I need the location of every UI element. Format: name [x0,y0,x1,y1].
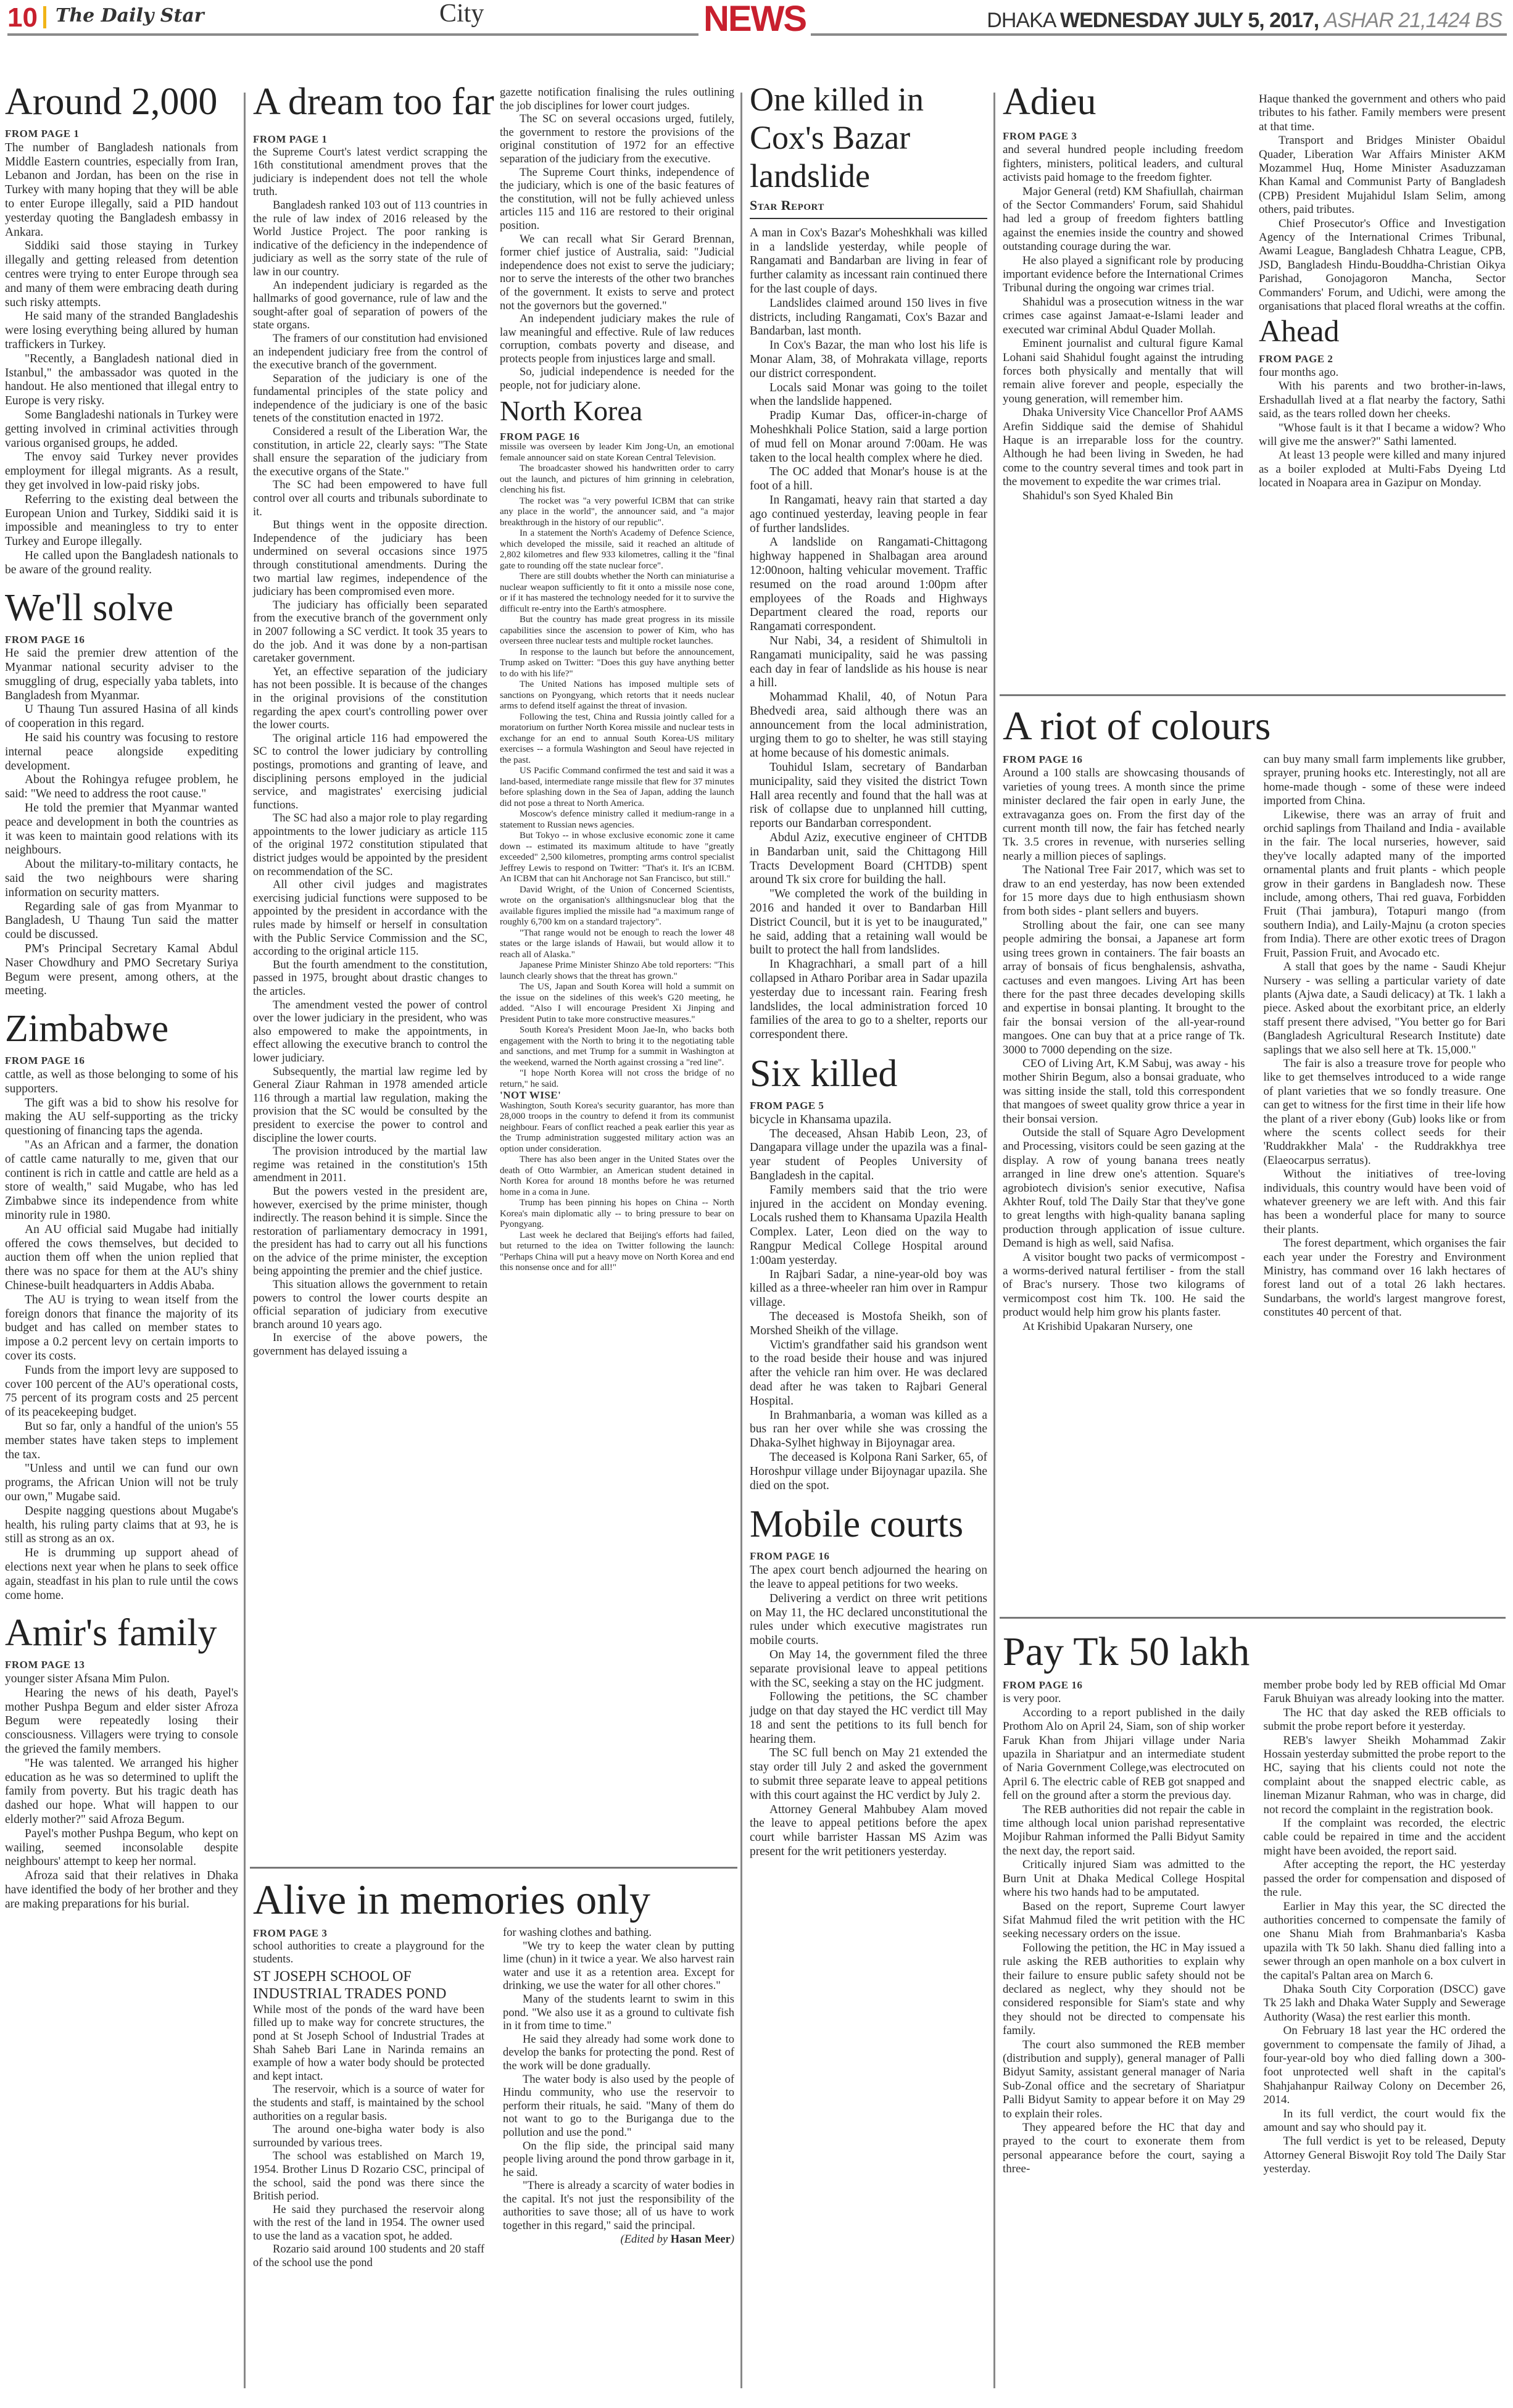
paragraph: The US, Japan and South Korea will hold … [500,982,734,1025]
paragraph: member probe body led by REB official Md… [1264,1679,1506,1706]
paragraph: This situation allows the government to … [253,1279,487,1332]
from-page: FROM PAGE 16 [1003,1679,1245,1692]
from-page: FROM PAGE 16 [5,1054,238,1068]
paragraph: school authorities to create a playgroun… [253,1940,484,1967]
headline: A riot of colours [1003,704,1506,749]
paragraph: In its full verdict, the court would fix… [1264,2107,1506,2135]
from-page: FROM PAGE 5 [750,1099,987,1113]
paragraph: The deceased, Ahsan Habib Leon, 23, of D… [750,1127,987,1184]
paragraph: South Korea's President Moon Jae-In, who… [500,1025,734,1068]
horizontal-rule [250,1867,737,1869]
paragraph: With his parents and two brother-in-laws… [1259,380,1506,421]
article-ahead: Ahead FROM PAGE 2 four months ago. With … [1259,314,1506,491]
paragraph: The SC on several occasions urged, futil… [500,113,734,166]
paragraph: The reservoir, which is a source of wate… [253,2083,484,2124]
dateline: DHAKA WEDNESDAY JULY 5, 2017, ASHAR 21,1… [987,9,1502,33]
paragraph: Outside the stall of Square Agro Develop… [1003,1126,1245,1251]
paragraph: The deceased is Kolpona Rani Sarker, 65,… [750,1451,987,1493]
paragraph: four months ago. [1259,366,1506,380]
alive-col-1: FROM PAGE 3 school authorities to create… [253,1927,484,2270]
paragraph: Around a 100 stalls are showcasing thous… [1003,766,1245,863]
paragraph: Considered a result of the Liberation Wa… [253,426,487,479]
newspaper-logo: The Daily Star [56,5,204,27]
headline: Zimbabwe [5,1007,238,1050]
paragraph: Separation of the judiciary is one of th… [253,373,487,426]
paragraph: He called upon the Bangladesh nationals … [5,549,238,578]
paragraph: But the powers vested in the president a… [253,1185,487,1279]
paragraph: According to a report published in the d… [1003,1706,1245,1803]
paragraph: Many of the students learnt to swim in t… [503,1993,734,2033]
paragraph: We can recall what Sir Gerard Brennan, f… [500,233,734,313]
paragraph: gazette notification finalising the rule… [500,86,734,113]
paragraph: An AU official said Mugabe had initially… [5,1223,238,1293]
article-pay-tk-50-lakh: Pay Tk 50 lakh FROM PAGE 16 is very poor… [1003,1629,1506,2177]
paragraph: Critically injured Siam was admitted to … [1003,1858,1245,1899]
paragraph: On February 18 last year the HC ordered … [1264,2024,1506,2107]
paragraph: The SC had been empowered to have full c… [253,479,487,519]
headline: One killed in Cox's Bazar landslide [750,80,987,195]
page-number-divider [43,6,46,28]
paragraph: There has also been anger in the United … [500,1155,734,1198]
paragraph: He said his country was focusing to rest… [5,731,238,773]
paragraph: The fair is also a treasure trove for pe… [1264,1057,1506,1168]
paragraph: Some Bangladeshi nationals in Turkey wer… [5,409,238,450]
paragraph: In Rangamati, heavy rain that started a … [750,494,987,536]
dateline-bangla-date: ASHAR 21,1424 BS [1324,9,1502,32]
paragraph: A stall that goes by the name - Saudi Kh… [1264,960,1506,1057]
paragraph: Chief Prosecutor's Office and Investigat… [1259,217,1506,314]
paragraph: bicycle in Khansama upazila. [750,1113,987,1127]
paragraph: They appeared before the HC that day and… [1003,2121,1245,2177]
editor-name: Hasan Meer [671,2233,731,2246]
column-rule [244,93,246,2388]
paragraph: The deceased is Mostofa Sheikh, son of M… [750,1310,987,1339]
page-number: 10 [7,2,38,33]
dream-col-1: FROM PAGE 1 the Supreme Court's latest v… [253,133,487,1359]
paragraph: The rocket was "a very powerful ICBM tha… [500,496,734,529]
from-page: FROM PAGE 16 [750,1550,987,1564]
paragraph: After accepting the report, the HC yeste… [1264,1858,1506,1899]
horizontal-rule [1000,694,1506,696]
headline: We'll solve [5,586,238,629]
paragraph: A landslide on Rangamati-Chittagong high… [750,536,987,634]
adieu-col-1: FROM PAGE 3 and several hundred people i… [1003,130,1243,503]
paragraph: Washington, South Korea's security guara… [500,1101,734,1155]
paragraph: Afroza said that their relatives in Dhak… [5,1869,238,1911]
paragraph: Yet, an effective separation of the judi… [253,666,487,733]
paragraph: Following the petitions, the SC chamber … [750,1690,987,1746]
paragraph: But Tokyo -- in whose exclusive economic… [500,831,734,885]
paragraph: Subsequently, the martial law regime led… [253,1066,487,1146]
paragraph: REB's lawyer Sheikh Mohammad Zakir Hossa… [1264,1734,1506,1817]
paragraph: Based on the report, Supreme Court lawye… [1003,1900,1245,1941]
paragraph: The REB authorities did not repair the c… [1003,1803,1245,1859]
editor-prefix: (Edited by [621,2233,671,2246]
paragraph: Victim's grandfather said his grandson w… [750,1339,987,1409]
paragraph: Family members said that the trio were i… [750,1184,987,1268]
paragraph: Hearing the news of his death, Payel's m… [5,1687,238,1757]
paragraph: Following the petition, the HC in May is… [1003,1941,1245,2038]
column-rule [993,93,995,2388]
paragraph: Japanese Prime Minister Shinzo Abe told … [500,960,734,982]
paragraph: The AU is trying to wean itself from the… [5,1293,238,1364]
paragraph: The full verdict is yet to be released, … [1264,2135,1506,2176]
paragraph: The number of Bangladesh nationals from … [5,141,238,240]
paragraph: He said they already had some work done … [503,2033,734,2074]
paragraph: "There is already a scarcity of water bo… [503,2180,734,2233]
adieu-col-2: Haque thanked the government and others … [1259,93,1506,491]
paragraph: Following the test, China and Russia joi… [500,712,734,766]
paragraph: Last week he declared that Beijing's eff… [500,1231,734,1274]
headline: Ahead [1259,314,1506,347]
paragraph: Without the initiatives of tree-loving i… [1264,1168,1506,1237]
paragraph: "I hope North Korea will not cross the b… [500,1068,734,1090]
subheading: 'NOT WISE' [500,1090,734,1101]
paragraph: The SC had also a major role to play reg… [253,812,487,879]
paragraph: While most of the ponds of the ward have… [253,2004,484,2084]
paragraph: But so far, only a handful of the union'… [5,1420,238,1462]
riot-col-2: can buy many small farm implements like … [1264,753,1506,1334]
editor-suffix: ) [731,2233,734,2246]
paragraph: Trump has been pinning his hopes on Chin… [500,1198,734,1231]
paragraph: He said the premier drew attention of th… [5,647,238,703]
masthead: 10 The Daily Star City NEWS DHAKA WEDNES… [7,0,1507,36]
horizontal-rule [1000,1617,1506,1619]
paragraph: Delivering a verdict on three writ petit… [750,1592,987,1648]
headline: Mobile courts [750,1503,987,1546]
paragraph: Siddiki said those staying in Turkey ill… [5,239,238,310]
paragraph: and several hundred people including fre… [1003,143,1243,185]
subheading: ST JOSEPH SCHOOL OF INDUSTRIAL TRADES PO… [253,1968,484,2003]
paragraph: missile was overseen by leader Kim Jong-… [500,442,734,463]
paragraph: "Recently, a Bangladesh national died in… [5,352,238,409]
paragraph: If the complaint was recorded, the elect… [1264,1817,1506,1858]
paragraph: A visitor bought two packs of vermicompo… [1003,1251,1245,1320]
paragraph: "We try to keep the water clean by putti… [503,1940,734,1993]
paragraph: "Whose fault is it that I became a widow… [1259,421,1506,449]
paragraph: "We completed the work of the building i… [750,887,987,958]
paragraph: But the country has made great progress … [500,615,734,647]
paragraph: An independent judiciary is regarded as … [253,280,487,333]
paragraph: At least 13 people were killed and many … [1259,449,1506,490]
headline: Six killed [750,1052,987,1095]
paragraph: So, judicial independence is needed for … [500,366,734,392]
paragraph: Haque thanked the government and others … [1259,93,1506,134]
headline: Pay Tk 50 lakh [1003,1629,1506,1675]
pay-col-2: member probe body led by REB official Md… [1264,1679,1506,2177]
paragraph: About the Rohingya refugee problem, he s… [5,773,238,802]
paragraph: Dhaka University Vice Chancellor Prof AA… [1003,406,1243,489]
article-around-2000: Around 2,000 FROM PAGE 1 The number of B… [5,80,238,1912]
paragraph: The OC added that Monar's house is at th… [750,465,987,494]
column-rule [740,93,742,2388]
from-page: FROM PAGE 16 [500,431,734,442]
from-page: FROM PAGE 16 [5,633,238,647]
from-page: FROM PAGE 1 [253,133,487,146]
alive-col-2: for washing clothes and bathing. "We try… [503,1927,734,2270]
paragraph: The court also summoned the REB member (… [1003,2038,1245,2121]
paragraph: Funds from the import levy are supposed … [5,1364,238,1420]
paragraph: "He was talented. We arranged his higher… [5,1757,238,1827]
section-label: City [439,0,484,28]
paragraph: PM's Principal Secretary Kamal Abdul Nas… [5,942,238,998]
paragraph: About the military-to-military contacts,… [5,858,238,900]
paragraph: The National Tree Fair 2017, which was s… [1003,863,1245,919]
paragraph: The gift was a bid to show his resolve f… [5,1097,238,1139]
paragraph: The apex court bench adjourned the heari… [750,1564,987,1592]
paragraph: In Brahmanbaria, a woman was killed as a… [750,1409,987,1451]
article-alive-in-memories: Alive in memories only FROM PAGE 3 schoo… [253,1876,734,2270]
headline: Around 2,000 [5,80,238,123]
paragraph: The water body is also used by the peopl… [503,2074,734,2140]
paragraph: He said many of the stranded Bangladeshi… [5,310,238,352]
paragraph: Locals said Monar was going to the toile… [750,381,987,410]
from-page: FROM PAGE 13 [5,1658,238,1672]
paragraph: "As an African and a farmer, the donatio… [5,1139,238,1223]
from-page: FROM PAGE 3 [1003,130,1243,143]
paragraph: All other civil judges and magistrates e… [253,879,487,959]
paragraph: The amendment vested the power of contro… [253,999,487,1066]
article-north-korea: North Korea FROM PAGE 16 missile was ove… [500,396,734,1274]
paragraph: younger sister Afsana Mim Pulon. [5,1672,238,1687]
paragraph: At Krishibid Upakaran Nursery, one [1003,1320,1245,1334]
paragraph: Rozario said around 100 students and 20 … [253,2243,484,2270]
paragraph: He told the premier that Myanmar wanted … [5,802,238,858]
paragraph: Shahidul's son Syed Khaled Bin [1003,489,1243,503]
paragraph: Shahidul was a prosecution witness in th… [1003,296,1243,337]
paragraph: There are still doubts whether the North… [500,571,734,615]
paragraph: Landslides claimed around 150 lives in f… [750,297,987,339]
paragraph: Strolling about the fair, one can see ma… [1003,919,1245,1057]
paragraph: On May 14, the government filed the thre… [750,1648,987,1690]
paragraph: In Cox's Bazar, the man who lost his lif… [750,339,987,381]
byline: Star Report [750,199,987,219]
paragraph: can buy many small farm implements like … [1264,753,1506,808]
paragraph: The provision introduced by the martial … [253,1145,487,1185]
paragraph: The broadcaster showed his handwritten o… [500,463,734,496]
paragraph: The school was established on March 19, … [253,2150,484,2203]
paragraph: for washing clothes and bathing. [503,1927,734,1940]
from-page: FROM PAGE 1 [5,127,238,141]
paragraph: Eminent journalist and cultural figure K… [1003,337,1243,406]
headline: North Korea [500,396,734,426]
news-section-title: NEWS [698,0,811,38]
paragraph: Earlier in May this year, the SC directe… [1264,1900,1506,1983]
article-coxs-bazar-landslide: One killed in Cox's Bazar landslide Star… [750,80,987,1859]
paragraph: Despite nagging questions about Mugabe's… [5,1505,238,1547]
from-page: FROM PAGE 2 [1259,352,1506,366]
paragraph: Major General (retd) KM Shafiullah, chai… [1003,185,1243,254]
riot-col-1: FROM PAGE 16 Around a 100 stalls are sho… [1003,753,1245,1334]
paragraph: In a statement the North's Academy of De… [500,528,734,571]
paragraph: Mohammad Khalil, 40, of Notun Para Bhedv… [750,691,987,761]
paragraph: Likewise, there was an array of fruit an… [1264,808,1506,960]
dateline-date: WEDNESDAY JULY 5, 2017, [1060,9,1319,32]
headline: Amir's family [5,1611,238,1654]
paragraph: The SC full bench on May 21 extended the… [750,1746,987,1803]
paragraph: In Khagrachhari, a small part of a hill … [750,958,987,1042]
paragraph: The envoy said Turkey never provides emp… [5,450,238,492]
paragraph: Bangladesh ranked 103 out of 113 countri… [253,199,487,280]
article-riot-of-colours: A riot of colours FROM PAGE 16 Around a … [1003,704,1506,1334]
paragraph: The original article 116 had empowered t… [253,733,487,813]
paragraph: Transport and Bridges Minister Obaidul Q… [1259,134,1506,217]
dateline-city: DHAKA [987,9,1055,32]
headline: Alive in memories only [253,1876,734,1923]
paragraph: In exercise of the above powers, the gov… [253,1332,487,1358]
paragraph: The forest department, which organises t… [1264,1237,1506,1319]
from-page: FROM PAGE 16 [1003,753,1245,766]
paragraph: U Thaung Tun assured Hasina of all kinds… [5,703,238,731]
paragraph: In response to the launch but before the… [500,647,734,680]
paragraph: On the flip side, the principal said man… [503,2140,734,2180]
paragraph: The around one-bigha water body is also … [253,2124,484,2150]
paragraph: Regarding sale of gas from Myanmar to Ba… [5,900,238,942]
paragraph: US Pacific Command confirmed the test an… [500,766,734,809]
paragraph: "Unless and until we can fund our own pr… [5,1462,238,1504]
paragraph: He said they purchased the reservoir alo… [253,2204,484,2244]
paragraph: Pradip Kumar Das, officer-in-charge of M… [750,409,987,465]
paragraph: A man in Cox's Bazar's Moheshkhali was k… [750,226,987,297]
paragraph: He also played a significant role by pro… [1003,254,1243,296]
paragraph: But the fourth amendment to the constitu… [253,959,487,999]
paragraph: Moscow's defence ministry called it medi… [500,809,734,831]
dream-col-2: gazette notification finalising the rule… [500,86,734,1274]
paragraph: In Rajbari Sadar, a nine-year-old boy wa… [750,1268,987,1310]
paragraph: The United Nations has imposed multiple … [500,679,734,712]
paragraph: Referring to the existing deal between t… [5,493,238,549]
paragraph: The Supreme Court thinks, independence o… [500,167,734,233]
paragraph: The judiciary has officially been separa… [253,599,487,666]
paragraph: The framers of our constitution had envi… [253,333,487,373]
pay-col-1: FROM PAGE 16 is very poor. According to … [1003,1679,1245,2177]
paragraph: the Supreme Court's latest verdict scrap… [253,146,487,199]
paragraph: is very poor. [1003,1692,1245,1706]
from-page: FROM PAGE 3 [253,1927,484,1940]
paragraph: But things went in the opposite directio… [253,519,487,599]
paragraph: CEO of Living Art, K.M Sabuj, was away -… [1003,1057,1245,1126]
paragraph: An independent judiciary makes the rule … [500,313,734,366]
paragraph: Nur Nabi, 34, a resident of Shimultoli i… [750,634,987,691]
paragraph: Dhaka South City Corporation (DSCC) gave… [1264,1983,1506,2024]
paragraph: cattle, as well as those belonging to so… [5,1068,238,1097]
paragraph: Attorney General Mahbubey Alam moved the… [750,1803,987,1859]
paragraph: David Wright, of the Union of Concerned … [500,885,734,928]
paragraph: Payel's mother Pushpa Begum, who kept on… [5,1827,238,1869]
editor-credit: (Edited by Hasan Meer) [503,2233,734,2247]
paragraph: Abdul Aziz, executive engineer of CHTDB … [750,831,987,887]
paragraph: The HC that day asked the REB officials … [1264,1706,1506,1734]
paragraph: "That range would not be enough to reach… [500,928,734,961]
paragraph: He is drumming up support ahead of elect… [5,1547,238,1603]
paragraph: Touhidul Islam, secretary of Bandarban m… [750,761,987,831]
